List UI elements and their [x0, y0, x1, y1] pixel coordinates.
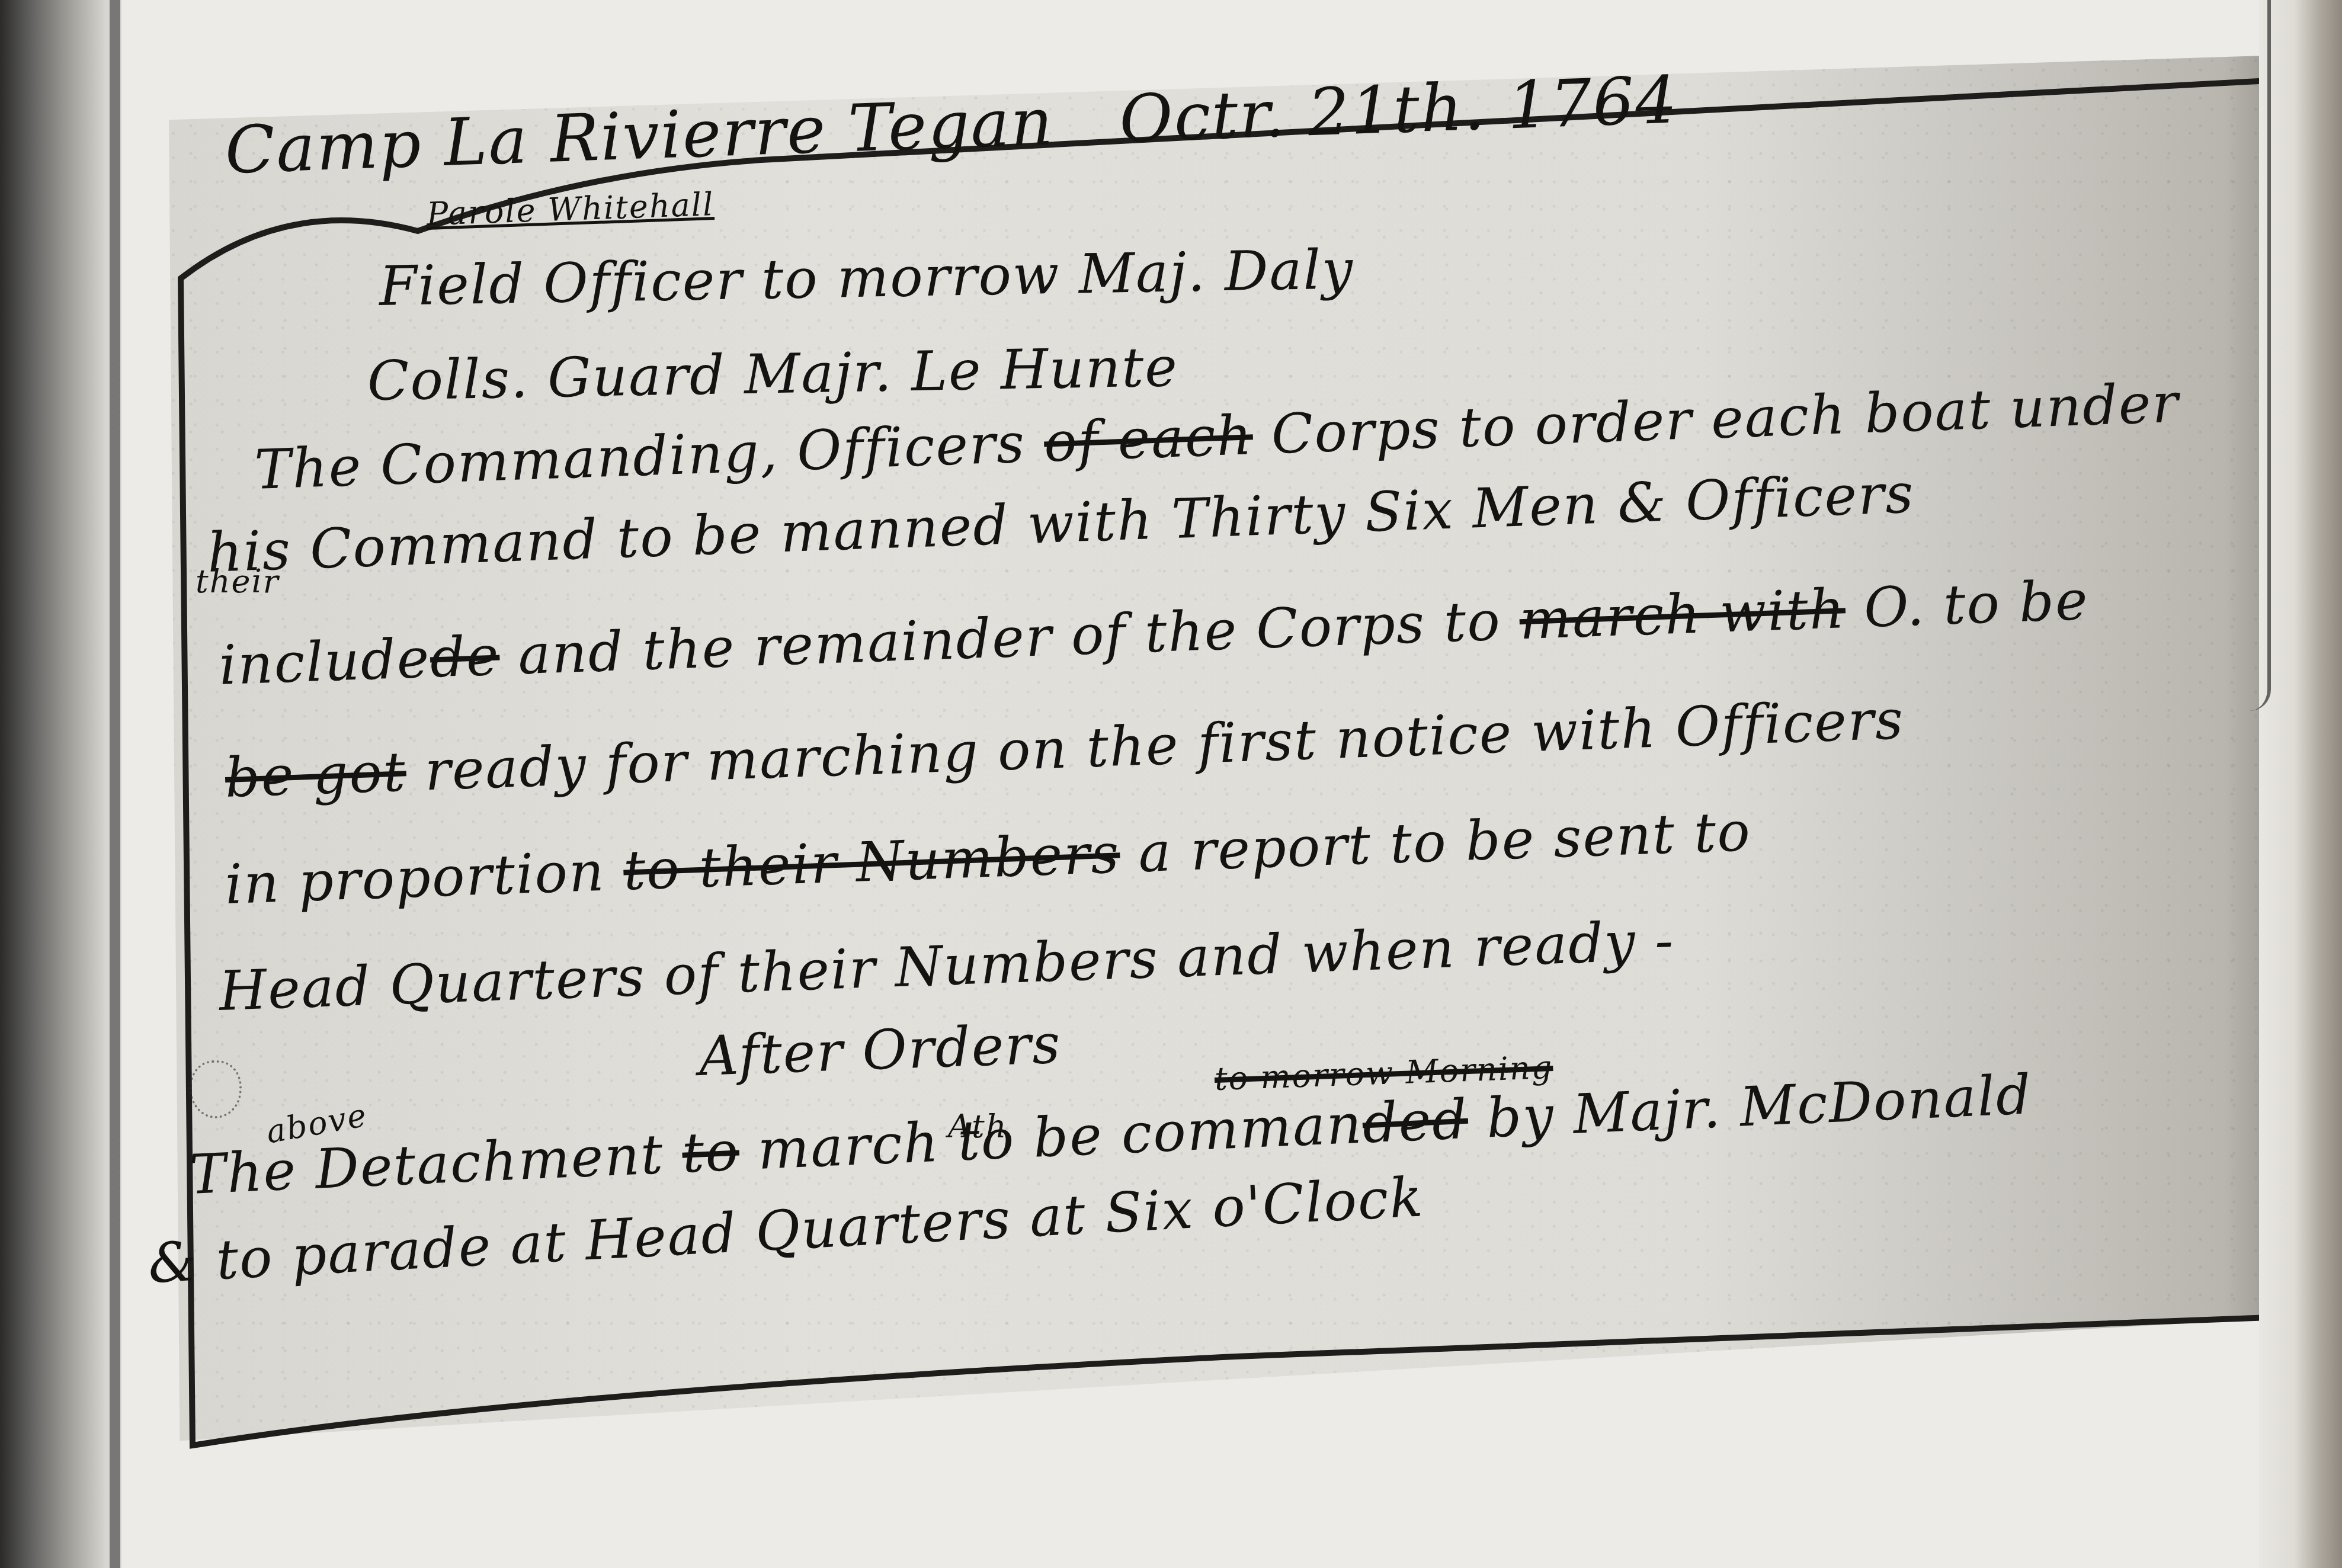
segment: O. to be: [1844, 569, 2090, 640]
struck-segment: be got: [224, 740, 407, 810]
adjacent-page-edge: [0, 0, 104, 1568]
struck-segment: to: [681, 1120, 741, 1185]
binder-edge-line: [110, 0, 120, 1568]
segment: include: [218, 627, 431, 697]
struck-segment: march with: [1518, 577, 1847, 652]
ink-blot-mark: [190, 1060, 242, 1118]
struck-segment: de: [429, 624, 501, 690]
struck-segment: of each: [1043, 403, 1254, 474]
page-curl-shadow: [2250, 0, 2271, 711]
right-page-stack-edge: [2259, 0, 2342, 1568]
struck-segment: ded: [1361, 1088, 1469, 1156]
after-orders-title: After Orders: [698, 1012, 1062, 1088]
